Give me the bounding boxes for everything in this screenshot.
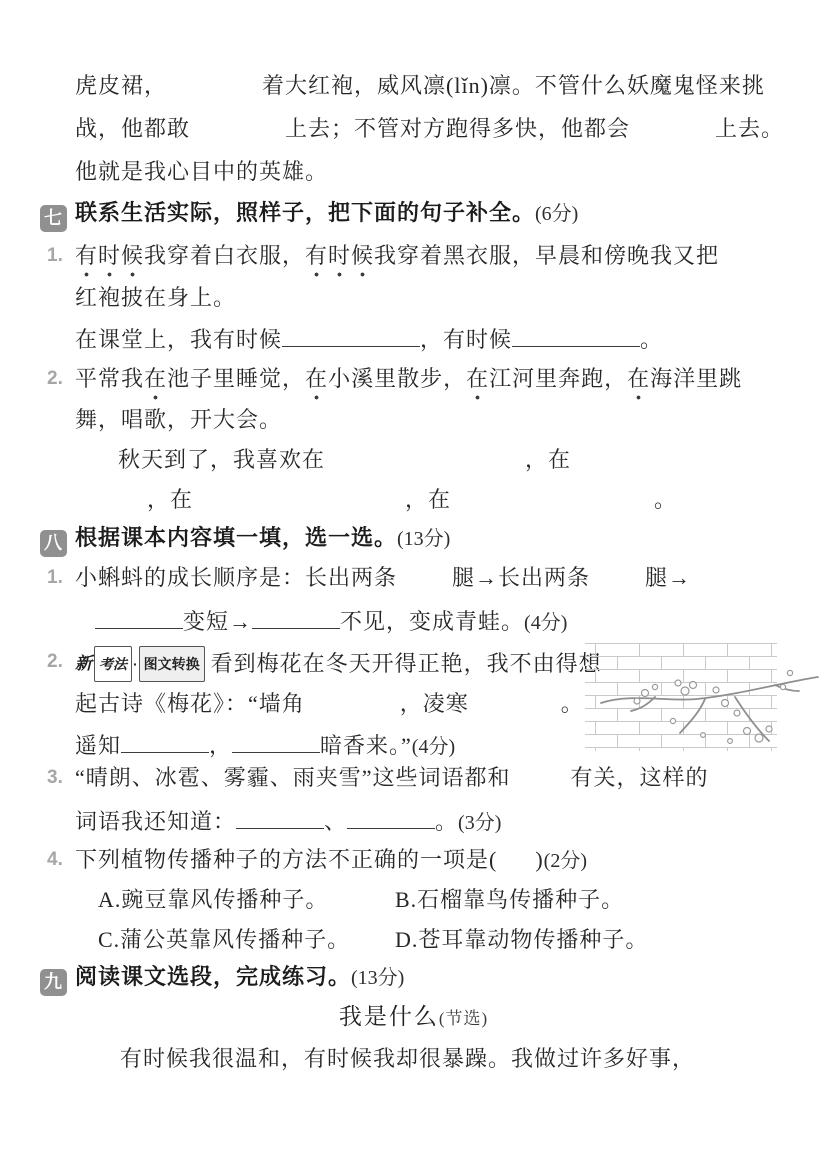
question-text: ，在 [405,487,451,512]
passage-text: 战，他都敢 [75,116,190,141]
question-line: ，在，在。 [147,484,677,516]
question-text: 不见，变成青蛙。 [340,609,524,634]
option-row: C.蒲公英靠风传播种子。D.苍耳靠动物传播种子。 [98,924,648,956]
item-number: 2. [47,363,63,395]
emphasized-text: 在 [627,363,650,400]
option-b: B.石榴靠鸟传播种子。 [395,887,624,912]
question-line: 2. 新考法·图文转换看到梅花在冬天开得正艳，我不由得想 [75,646,602,678]
answer-blank [282,322,420,347]
question-text: 腿→长出两条 [452,565,590,590]
reading-passage-title: 我是什么(节选) [0,1001,827,1033]
score-label: (4分) [524,612,567,634]
question-text: 小溪里散步， [328,366,466,391]
badge-kaofa-label: 考法 [94,646,132,682]
question-line: 遥知，暗香来。”(4分) [75,728,455,760]
emphasized-text: 有时候 [305,240,374,277]
emphasized-text: 在 [305,363,328,400]
new-exam-method-badge: 新考法·图文转换 [75,646,205,682]
passage-line: 有时候我很温和，有时候我却很暴躁。我做过许多好事， [120,1043,695,1075]
question-line: 词语我还知道：、。(3分) [75,804,501,836]
answer-blank [252,604,340,629]
item-number: 1. [47,240,63,272]
section-9-title: 阅读课文选段，完成练习。 [75,964,351,989]
question-text: 我穿着黑衣服，早晨和傍晚我又把 [374,243,719,268]
item-number: 2. [47,646,63,678]
question-line: 1. 小蝌蚪的成长顺序是：长出两条腿→长出两条腿→ [75,562,691,594]
question-text: 词语我还知道： [75,809,236,834]
question-line: 舞，唱歌，开大会。 [75,404,282,436]
question-line: 秋天到了，我喜欢在，在 [118,444,571,476]
question-text: 起古诗《梅花》：“墙角 [75,691,305,716]
question-text: 平常我 [75,366,144,391]
question-text: 看到梅花在冬天开得正艳，我不由得想 [211,651,602,676]
question-text: 。 [435,809,458,834]
emphasized-text: 在 [466,363,489,400]
question-text: “晴朗、冰雹、雾霾、雨夹雪”这些词语都和 [75,765,511,790]
question-line: 4. 下列植物传播种子的方法不正确的一项是()(2分) [75,844,587,876]
passage-line: 虎皮裙，着大红袍，威风凛(lǐn)凛。不管什么妖魔鬼怪来挑 [75,70,765,102]
answer-blank [121,728,209,753]
question-text: 。 [654,487,677,512]
passage-line: 战，他都敢上去；不管对方跑得多快，他都会上去。 [75,113,784,145]
question-text: 、 [324,809,347,834]
section-9-badge: 九 [40,969,67,996]
section-8-title: 根据课本内容填一填，选一选。 [75,525,397,550]
option-row: A.豌豆靠风传播种子。B.石榴靠鸟传播种子。 [98,884,624,916]
passage-line: 他就是我心目中的英雄。 [75,156,328,188]
score-label: (4分) [412,736,455,758]
question-text: 我穿着白衣服， [144,243,305,268]
section-7-badge: 七 [40,205,67,232]
question-text: ，在 [525,447,571,472]
question-line: 在课堂上，我有时候，有时候。 [75,322,663,354]
score-label: (13分) [351,967,404,989]
emphasized-text: 在 [144,363,167,400]
question-line: 2. 平常我在池子里睡觉，在小溪里散步，在江河里奔跑，在海洋里跳 [75,363,742,395]
section-9-header: 九阅读课文选段，完成练习。(13分) [40,961,404,993]
badge-dot: · [133,656,138,672]
passage-text: 有时候我很温和，有时候我却很暴躁。我做过许多好事， [120,1046,695,1071]
worksheet-page: 虎皮裙，着大红袍，威风凛(lǐn)凛。不管什么妖魔鬼怪来挑 战，他都敢上去；不管… [0,0,827,1169]
answer-blank [95,604,183,629]
item-number: 4. [47,844,63,876]
answer-blank [512,322,640,347]
passage-text: 他就是我心目中的英雄。 [75,159,328,184]
question-text: 变短→ [183,609,252,634]
question-line: 1. 有时候我穿着白衣服，有时候我穿着黑衣服，早晨和傍晚我又把 [75,240,719,272]
option-c: C.蒲公英靠风传播种子。 [98,924,395,956]
question-text: 有关，这样的 [571,765,709,790]
answer-blank [236,804,324,829]
question-text: 遥知 [75,733,121,758]
question-text: ，在 [147,487,193,512]
score-label: (3分) [458,812,501,834]
score-label: (2分) [544,850,587,872]
option-a: A.豌豆靠风传播种子。 [98,884,395,916]
section-7-header: 七联系生活实际，照样子，把下面的句子补全。(6分) [40,197,578,229]
passage-title-text: 我是什么 [339,1004,439,1029]
passage-text: 上去。 [715,116,784,141]
question-text: 暗香来。” [320,733,412,758]
option-d: D.苍耳靠动物传播种子。 [395,927,648,952]
emphasized-text: 有时候 [75,240,144,277]
answer-blank [232,728,320,753]
passage-text: 上去；不管对方跑得多快，他都会 [285,116,630,141]
question-text: 红袍披在身上。 [75,285,236,310]
badge-tuwen-label: 图文转换 [139,646,205,682]
plum-blossom-image [585,643,820,763]
question-text: 。 [640,327,663,352]
question-line: 红袍披在身上。 [75,282,236,314]
section-8-header: 八根据课本内容填一填，选一选。(13分) [40,522,450,554]
question-text: 秋天到了，我喜欢在 [118,447,325,472]
question-text: ) [535,847,543,872]
question-text: 腿→ [645,565,691,590]
answer-blank [347,804,435,829]
question-text: ， [209,733,232,758]
passage-text: 着大红袍，威风凛(lǐn)凛。不管什么妖魔鬼怪来挑 [262,73,765,98]
question-text: 下列植物传播种子的方法不正确的一项是( [75,847,497,872]
question-text: 。 [561,691,584,716]
question-text: ，有时候 [420,327,512,352]
question-text: 池子里睡觉， [167,366,305,391]
section-8-badge: 八 [40,530,67,557]
question-text: 小蝌蚪的成长顺序是：长出两条 [75,565,397,590]
question-line: 起古诗《梅花》：“墙角，凌寒。 [75,688,584,720]
question-line: 3. “晴朗、冰雹、雾霾、雨夹雪”这些词语都和有关，这样的 [75,762,709,794]
score-label: (6分) [535,203,578,225]
question-text: 江河里奔跑， [489,366,627,391]
badge-xin-label: 新 [75,654,92,673]
question-text: ，凌寒 [400,691,469,716]
passage-text: 虎皮裙， [75,73,167,98]
question-line: 变短→不见，变成青蛙。(4分) [95,604,567,636]
passage-subtitle-text: (节选) [439,1009,488,1028]
score-label: (13分) [397,528,450,550]
item-number: 3. [47,762,63,794]
question-text: 舞，唱歌，开大会。 [75,407,282,432]
section-7-title: 联系生活实际，照样子，把下面的句子补全。 [75,200,535,225]
item-number: 1. [47,562,63,594]
question-text: 在课堂上，我有时候 [75,327,282,352]
question-text: 海洋里跳 [650,366,742,391]
